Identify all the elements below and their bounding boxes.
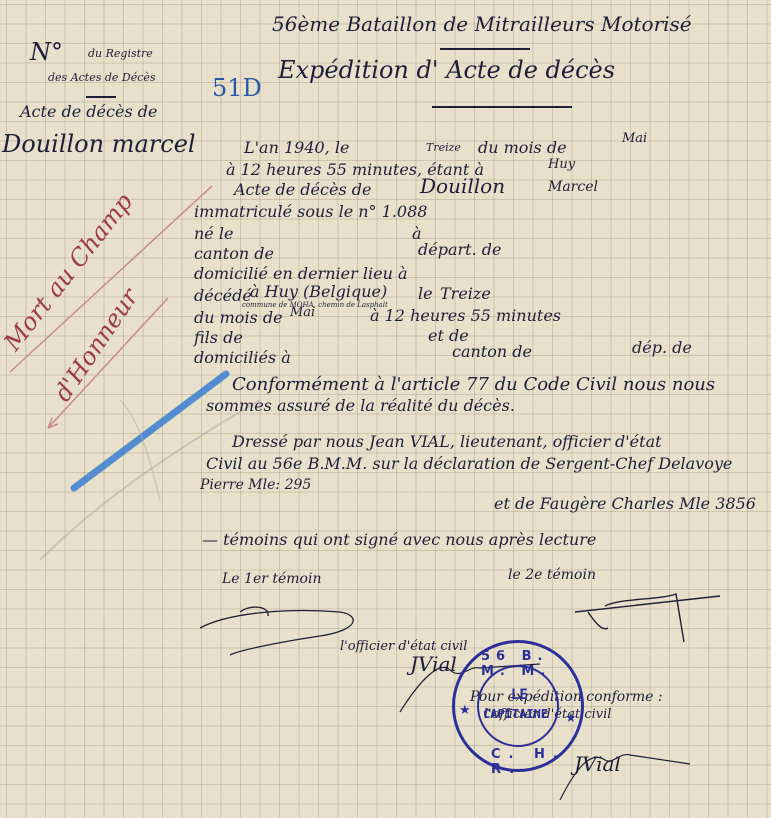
- line-month-label: du mois de: [478, 140, 567, 156]
- second-witness-line: et de Faugère Charles Mle 3856: [494, 496, 756, 512]
- death-certificate-page: 56ème Bataillon de Mitrailleurs Motorisé…: [0, 0, 771, 818]
- died-month: Mai: [290, 306, 315, 319]
- conform-line-2: sommes assuré de la réalité du décès.: [206, 398, 515, 414]
- second-witness-label: le 2e témoin: [508, 568, 596, 582]
- officer-signature-text: JVial: [410, 654, 457, 674]
- born-label: né le: [194, 226, 233, 242]
- died-time: à 12 heures 55 minutes: [370, 308, 561, 324]
- deceased-firstname: Marcel: [548, 180, 598, 194]
- line-place: Huy: [548, 158, 575, 171]
- son-of-label: fils de: [194, 330, 243, 346]
- official-stamp: 56 B. M. M. C. H. R. ★ ★ LE CAPITAINE: [452, 640, 584, 772]
- copy-signature-text: JVial: [574, 754, 621, 774]
- blue-pencil-stroke: [74, 374, 226, 488]
- stamp-star-right-icon: ★: [565, 711, 577, 726]
- department-label-2: dép. de: [632, 340, 692, 356]
- stamp-bottom-text: C. H. R.: [491, 747, 581, 777]
- canton-label-2: canton de: [452, 344, 532, 360]
- red-diagonal-line-1: [10, 186, 212, 372]
- domiciled-label: domiciliés à: [194, 350, 291, 366]
- stamp-star-left-icon: ★: [459, 703, 471, 718]
- witnesses-line: — témoins qui ont signé avec nous après …: [202, 532, 596, 548]
- red-diagonal-line-2: [48, 298, 168, 428]
- first-witness-label: Le 1er témoin: [222, 572, 321, 586]
- registration-number: immatriculé sous le n° 1.088: [194, 204, 427, 220]
- signature-delavoye: [200, 611, 353, 655]
- line-month: Mai: [622, 132, 647, 145]
- deceased-surname: Douillon: [420, 176, 505, 196]
- conform-line-1: Conformément à l'article 77 du Code Civi…: [232, 376, 715, 394]
- died-month-label: du mois de: [194, 310, 283, 326]
- died-day: Treize: [440, 286, 491, 302]
- stamp-top-text: 56 B. M. M.: [481, 649, 581, 679]
- canton-label: canton de: [194, 246, 274, 262]
- line-year-prefix: L'an 1940, le: [244, 140, 349, 156]
- died-place: à Huy (Belgique): [250, 284, 387, 300]
- drawn-line-2: Civil au 56e B.M.M. sur la déclaration d…: [206, 456, 732, 472]
- line-day: Treize: [426, 142, 461, 153]
- stamp-center-line-2: CAPITAINE: [483, 707, 548, 721]
- signature-faugere: [575, 594, 720, 642]
- stamp-center-line-1: LE: [511, 687, 528, 703]
- drawn-line-3: Pierre Mle: 295: [200, 478, 311, 492]
- act-of-death-label: Acte de décès de: [234, 182, 371, 198]
- drawn-line-1: Dressé par nous Jean VIAL, lieutenant, o…: [232, 434, 662, 450]
- department-label: départ. de: [418, 242, 501, 258]
- died-day-label: le: [418, 286, 433, 302]
- domicile-label: domicilié en dernier lieu à: [194, 266, 408, 282]
